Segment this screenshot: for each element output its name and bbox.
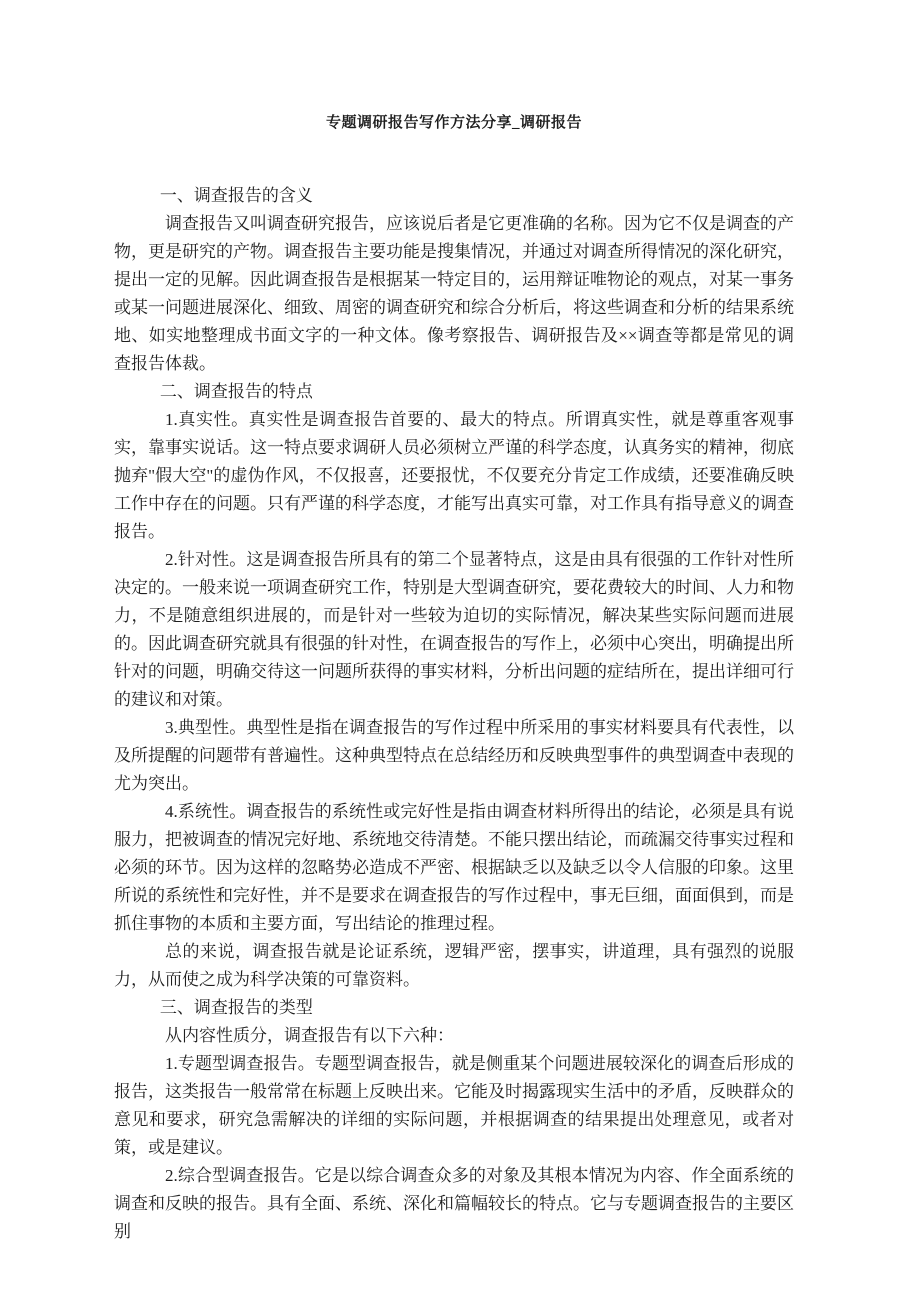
paragraph: 从内容性质分，调查报告有以下六种： [114,1022,794,1050]
document-page: 专题调研报告写作方法分享_调研报告 一、调查报告的含义调查报告又叫调查研究报告，… [0,0,920,1302]
document-body: 一、调查报告的含义调查报告又叫调查研究报告，应该说后者是它更准确的名称。因为它不… [114,182,794,1246]
paragraph: 1.真实性。真实性是调查报告首要的、最大的特点。所谓真实性，就是尊重客观事实，靠… [114,406,794,546]
document-title: 专题调研报告写作方法分享_调研报告 [114,110,794,136]
section-heading: 一、调查报告的含义 [114,182,794,210]
paragraph: 3.典型性。典型性是指在调查报告的写作过程中所采用的事实材料要具有代表性，以及所… [114,714,794,798]
paragraph: 总的来说，调查报告就是论证系统，逻辑严密，摆事实，讲道理，具有强烈的说服力，从而… [114,938,794,994]
section-heading: 三、调查报告的类型 [114,994,794,1022]
paragraph: 4.系统性。调查报告的系统性或完好性是指由调查材料所得出的结论，必须是具有说服力… [114,798,794,938]
paragraph: 调查报告又叫调查研究报告，应该说后者是它更准确的名称。因为它不仅是调查的产物，更… [114,210,794,378]
section-heading: 二、调查报告的特点 [114,378,794,406]
paragraph: 2.针对性。这是调查报告所具有的第二个显著特点，这是由具有很强的工作针对性所决定… [114,546,794,714]
paragraph: 1.专题型调查报告。专题型调查报告，就是侧重某个问题进展较深化的调查后形成的报告… [114,1050,794,1162]
paragraph: 2.综合型调查报告。它是以综合调查众多的对象及其根本情况为内容、作全面系统的调查… [114,1162,794,1246]
